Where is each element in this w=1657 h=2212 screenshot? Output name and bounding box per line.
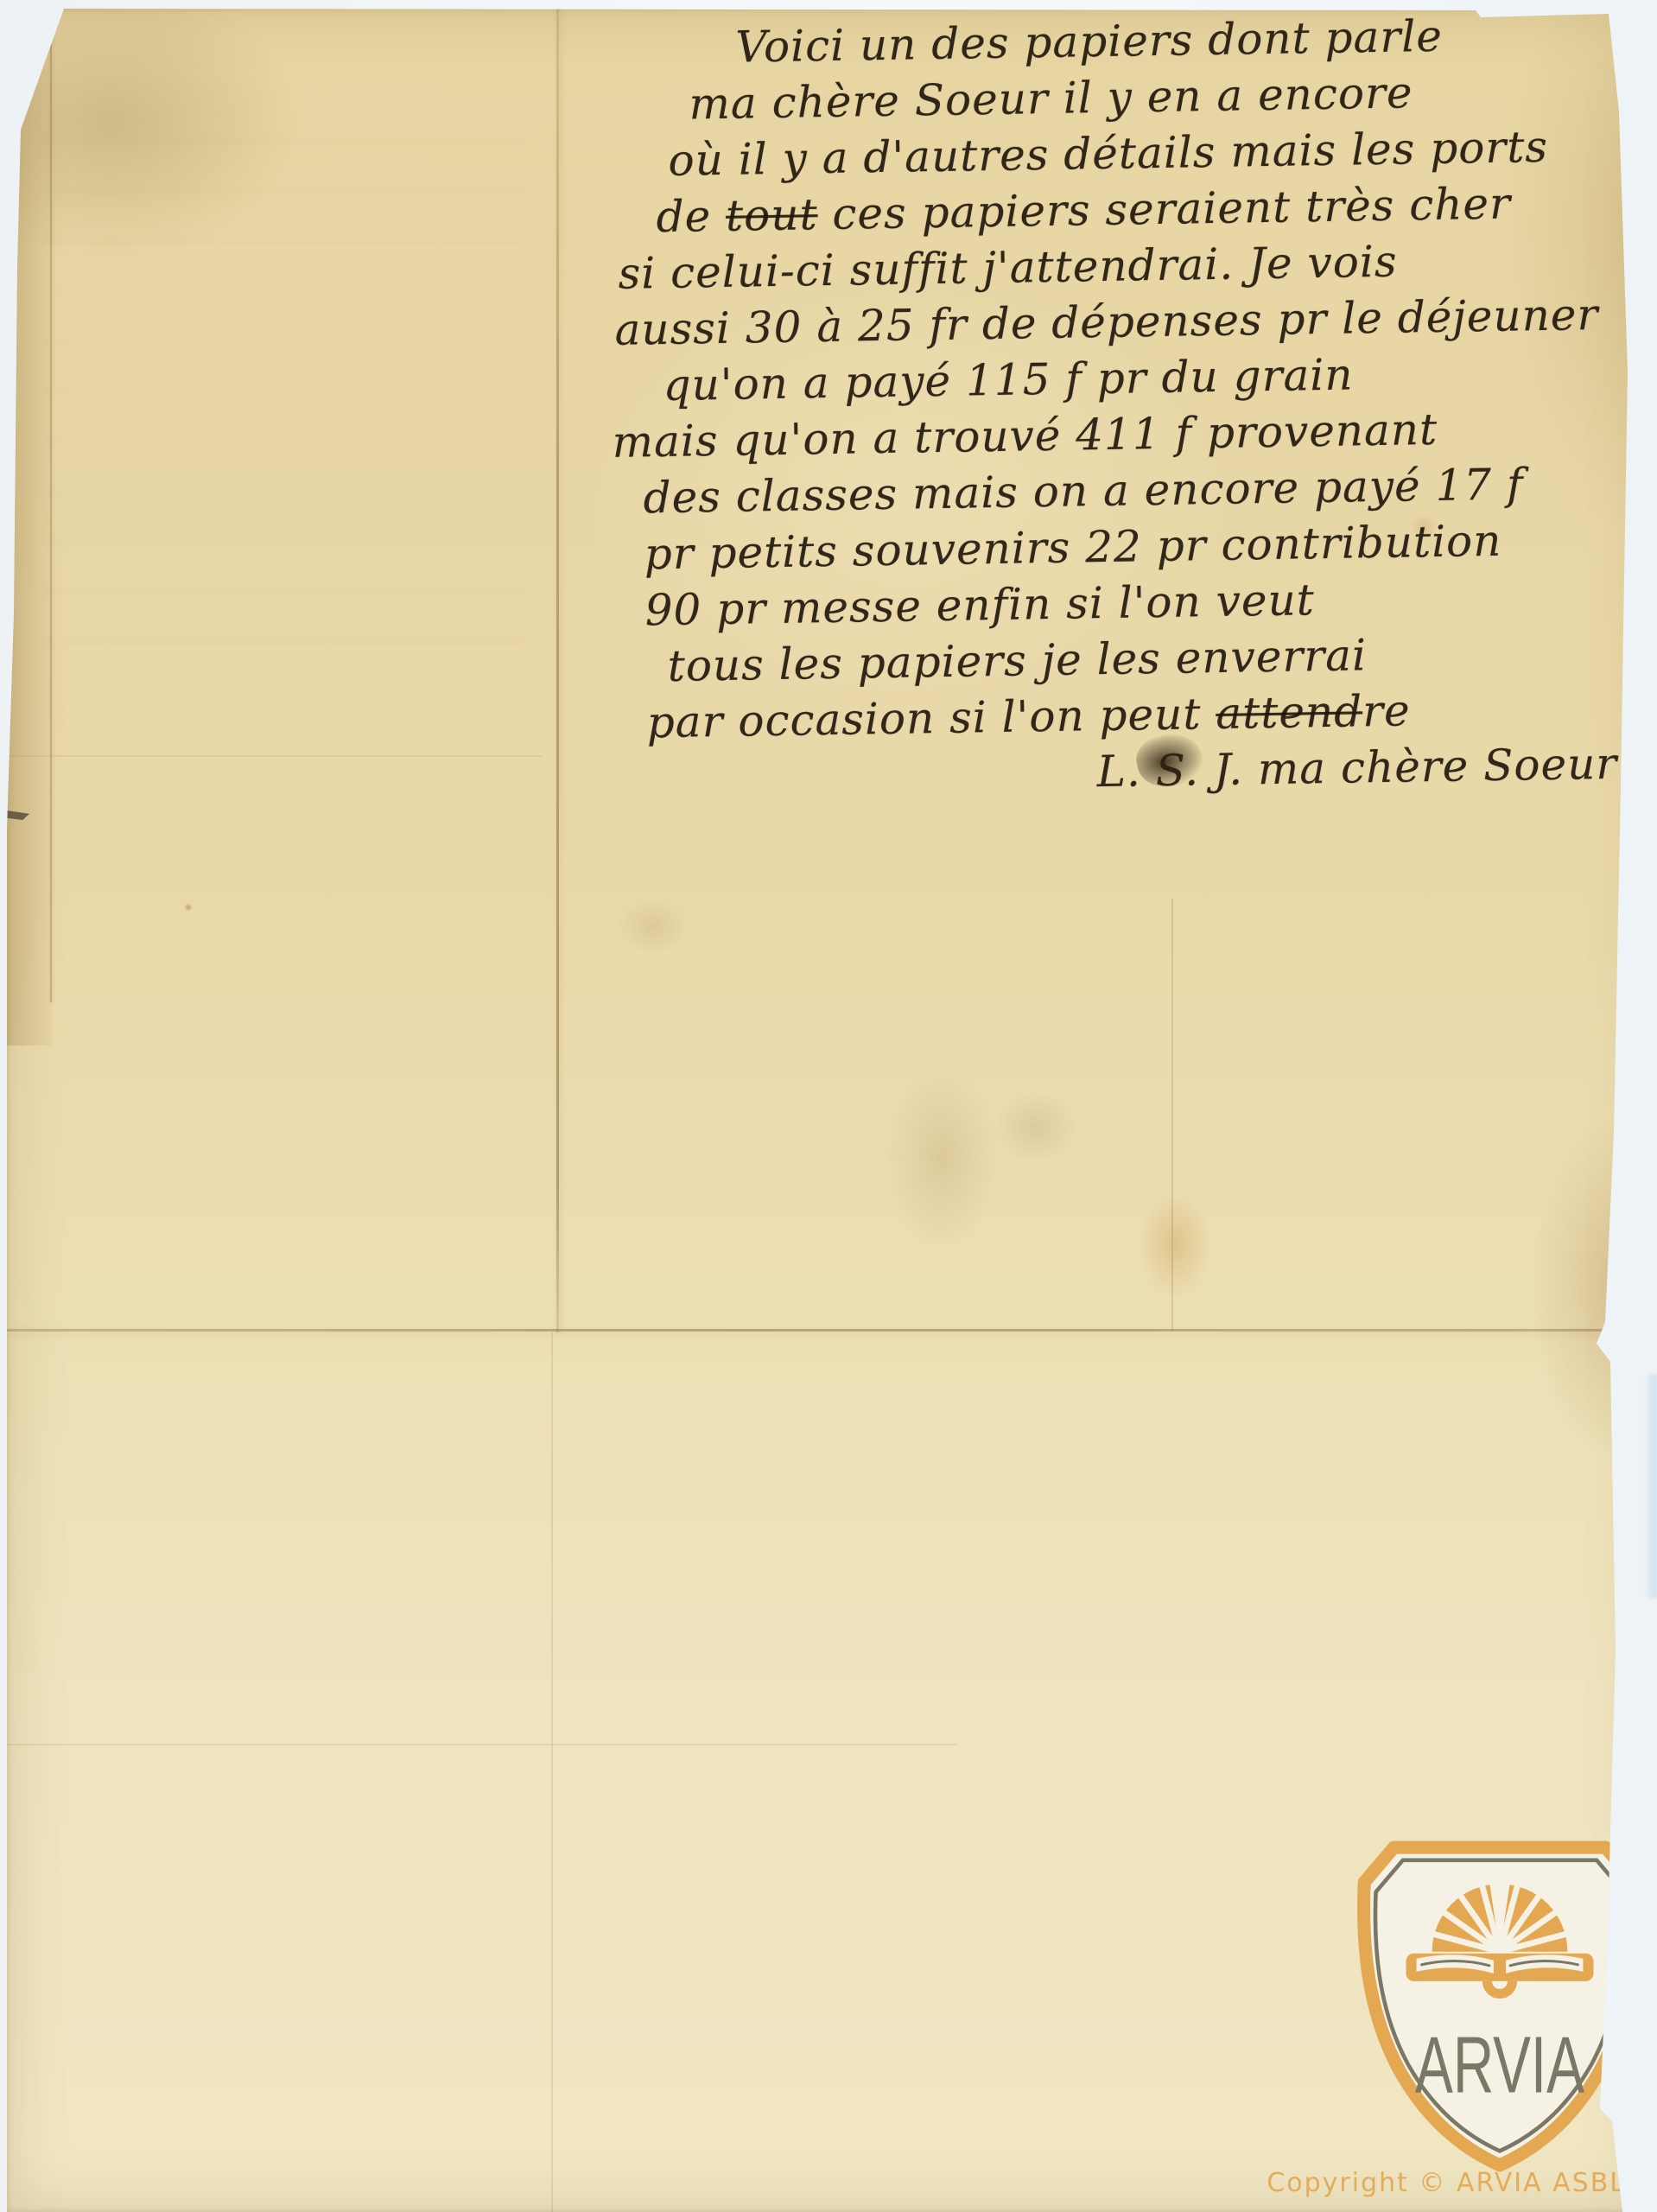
arvia-watermark: ARVIA: [1349, 1823, 1650, 2179]
fold-crease-vertical-right: [1171, 899, 1173, 1331]
fold-crease-horizontal-lower: [7, 1744, 957, 1745]
pin-mark: [1631, 491, 1645, 499]
watermark-wordmark: ARVIA: [1415, 2020, 1584, 2110]
letter-page: Voici un des papiers dont parlema chère …: [7, 9, 1645, 2212]
shield-logo: ARVIA: [1349, 1823, 1650, 2179]
handwriting-block: Voici un des papiers dont parlema chère …: [549, 5, 1657, 809]
copyright-notice: Copyright © ARVIA ASBL: [1267, 2169, 1626, 2198]
fold-crease-horizontal: [7, 1329, 1645, 1332]
fold-crease-vertical-lower: [551, 1332, 553, 2212]
scanner-light-streak: [1645, 1374, 1657, 1599]
left-edge-shading: [7, 9, 52, 1046]
fold-crease-horizontal-upper: [7, 755, 543, 757]
ink-bleedthrough: [41, 138, 525, 674]
